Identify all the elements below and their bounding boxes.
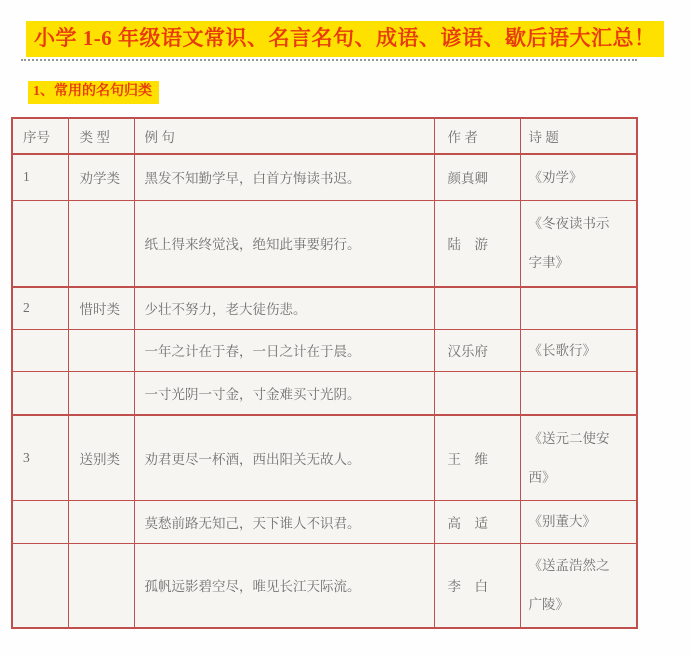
cell-type: 惜时类 [68, 287, 134, 329]
cell-type [68, 500, 134, 543]
title-row: 小学 1-6 年级语文常识、名言名句、成语、谚语、歇后语大汇总！ [26, 21, 664, 57]
cell-author: 高 适 [434, 500, 520, 543]
cell-number: 1 [12, 154, 68, 200]
table-row: 一寸光阴一寸金，寸金难买寸光阴。 [12, 371, 637, 415]
cell-type: 劝学类 [68, 154, 134, 200]
cell-author: 李 白 [434, 543, 520, 628]
cell-sentence: 孤帆远影碧空尽，唯见长江天际流。 [134, 543, 434, 628]
cell-author: 陆 游 [434, 200, 520, 287]
table-row: 3 送别类 劝君更尽一杯酒，西出阳关无故人。 王 维 《送元二使安西》 [12, 415, 637, 500]
table-row: 2 惜时类 少壮不努力，老大徒伤悲。 [12, 287, 637, 329]
document-page: 小学 1-6 年级语文常识、名言名句、成语、谚语、歇后语大汇总！ 1、常用的名句… [0, 0, 691, 656]
cell-author: 颜真卿 [434, 154, 520, 200]
cell-sentence: 一年之计在于春，一日之计在于晨。 [134, 329, 434, 371]
cell-sentence: 一寸光阴一寸金，寸金难买寸光阴。 [134, 371, 434, 415]
col-header-type: 类 型 [68, 118, 134, 154]
cell-sentence: 劝君更尽一杯酒，西出阳关无故人。 [134, 415, 434, 500]
col-header-author: 作 者 [434, 118, 520, 154]
table-row: 一年之计在于春，一日之计在于晨。 汉乐府 《长歌行》 [12, 329, 637, 371]
cell-author: 王 维 [434, 415, 520, 500]
cell-type [68, 543, 134, 628]
cell-author: 汉乐府 [434, 329, 520, 371]
table-header-row: 序号 类 型 例 句 作 者 诗 题 [12, 118, 637, 154]
cell-number: 2 [12, 287, 68, 329]
page-title: 小学 1-6 年级语文常识、名言名句、成语、谚语、歇后语大汇总！ [26, 21, 664, 57]
cell-poem: 《冬夜读书示字聿》 [520, 200, 637, 287]
table-row: 孤帆远影碧空尽，唯见长江天际流。 李 白 《送孟浩然之广陵》 [12, 543, 637, 628]
cell-poem: 《别董大》 [520, 500, 637, 543]
cell-number: 3 [12, 415, 68, 500]
cell-type [68, 371, 134, 415]
cell-sentence: 少壮不努力，老大徒伤悲。 [134, 287, 434, 329]
cell-number [12, 371, 68, 415]
cell-poem [520, 371, 637, 415]
cell-poem: 《送孟浩然之广陵》 [520, 543, 637, 628]
cell-number [12, 329, 68, 371]
dotted-separator [21, 59, 637, 61]
table-row: 纸上得来终觉浅，绝知此事要躬行。 陆 游 《冬夜读书示字聿》 [12, 200, 637, 287]
col-header-sentence: 例 句 [134, 118, 434, 154]
cell-poem: 《长歌行》 [520, 329, 637, 371]
cell-author [434, 371, 520, 415]
col-header-poem: 诗 题 [520, 118, 637, 154]
cell-type: 送别类 [68, 415, 134, 500]
cell-sentence: 莫愁前路无知己，天下谁人不识君。 [134, 500, 434, 543]
cell-sentence: 纸上得来终觉浅，绝知此事要躬行。 [134, 200, 434, 287]
table-row: 莫愁前路无知己，天下谁人不识君。 高 适 《别董大》 [12, 500, 637, 543]
cell-type [68, 329, 134, 371]
cell-poem: 《劝学》 [520, 154, 637, 200]
cell-number [12, 500, 68, 543]
famous-quotes-table: 序号 类 型 例 句 作 者 诗 题 1 劝学类 黑发不知勤学早，白首方悔读书迟… [11, 117, 638, 629]
cell-poem [520, 287, 637, 329]
cell-author [434, 287, 520, 329]
table-row: 1 劝学类 黑发不知勤学早，白首方悔读书迟。 颜真卿 《劝学》 [12, 154, 637, 200]
cell-number [12, 200, 68, 287]
cell-number [12, 543, 68, 628]
section-heading: 1、常用的名句归类 [28, 81, 159, 104]
col-header-number: 序号 [12, 118, 68, 154]
cell-type [68, 200, 134, 287]
cell-poem: 《送元二使安西》 [520, 415, 637, 500]
cell-sentence: 黑发不知勤学早，白首方悔读书迟。 [134, 154, 434, 200]
section-heading-row: 1、常用的名句归类 [28, 81, 159, 104]
